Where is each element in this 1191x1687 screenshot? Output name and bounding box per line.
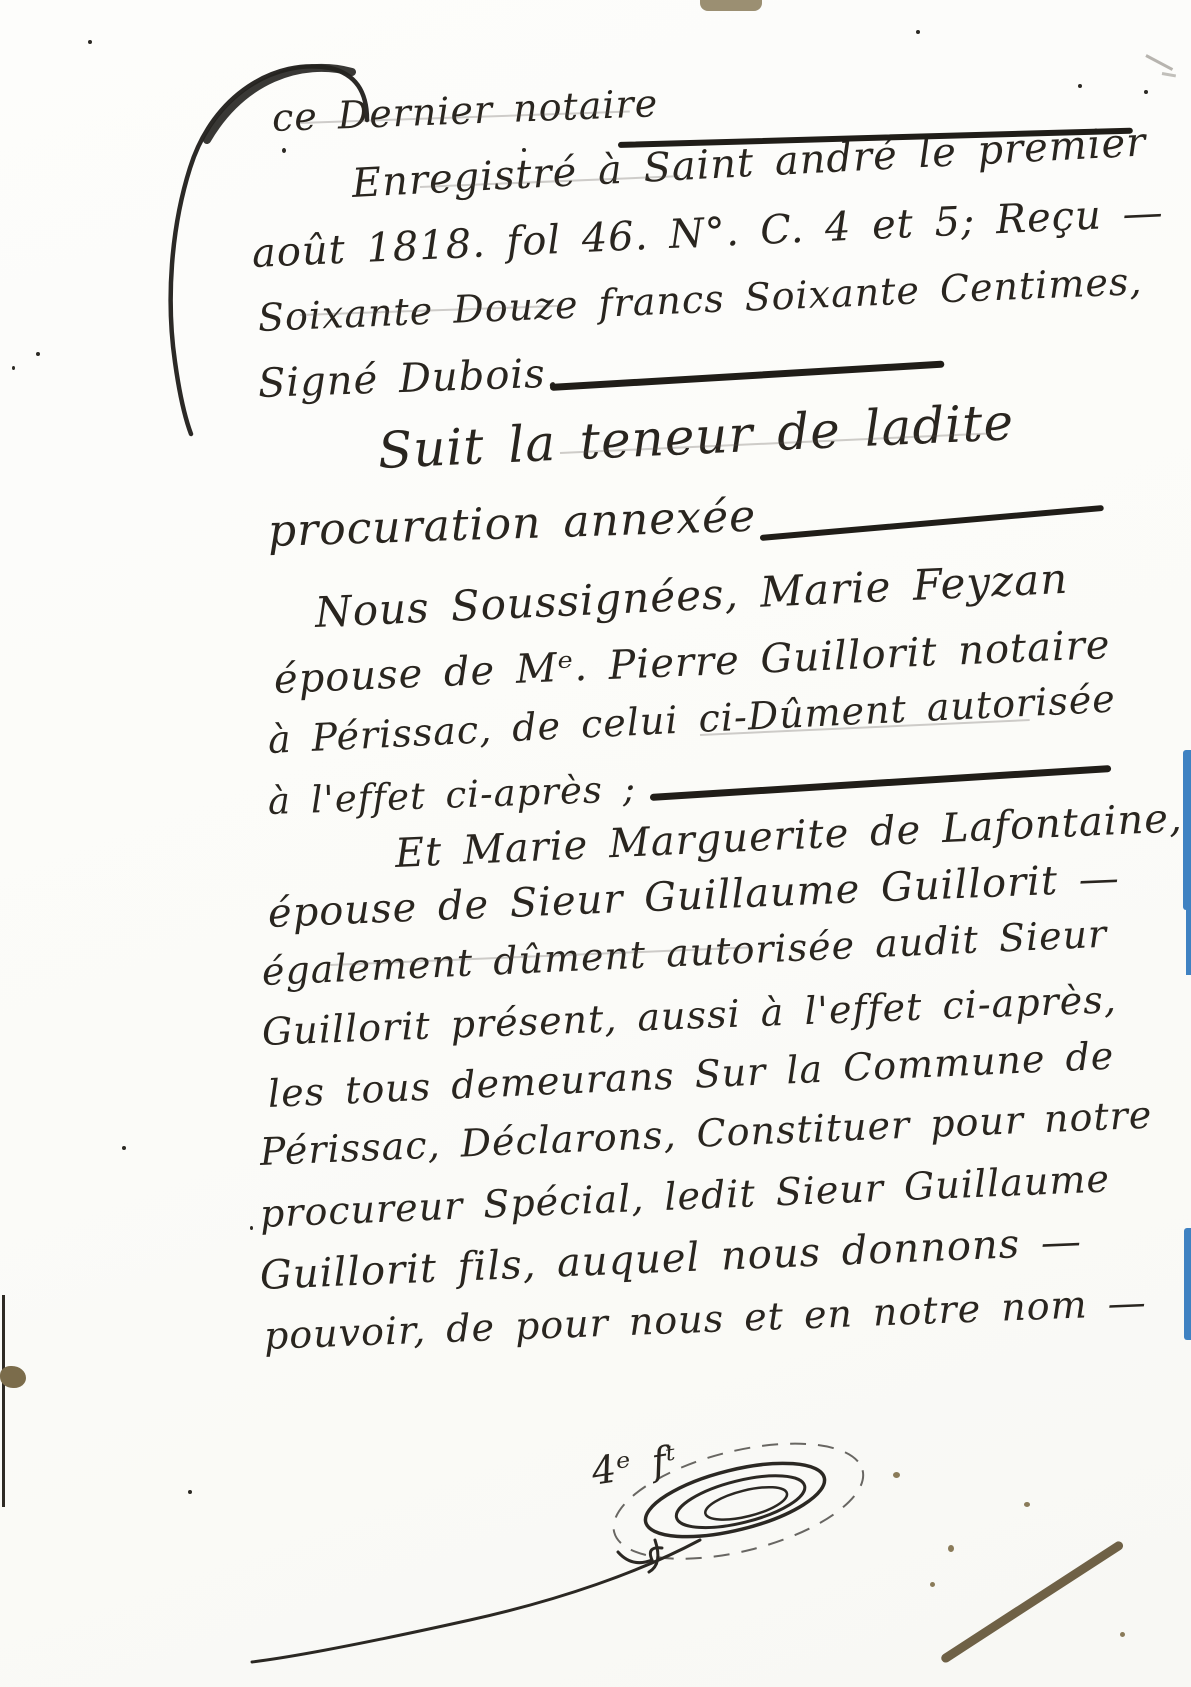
- ink-speck: [916, 30, 920, 34]
- binding-stain: [0, 1366, 26, 1388]
- ink-speck: [188, 1490, 192, 1494]
- ink-speck: [250, 1226, 253, 1230]
- fill-rule: [650, 765, 1112, 801]
- ink-speck: [1144, 90, 1148, 94]
- manuscript-line: Signé Dubois.: [257, 351, 560, 405]
- fill-rule: [760, 505, 1104, 541]
- paraph-flourish: [252, 1422, 875, 1662]
- binding-edge-line: [2, 1295, 5, 1507]
- manuscript-line: Guillorit fils, auquel nous donnons —: [259, 1220, 1083, 1298]
- corner-mark: [1145, 54, 1173, 71]
- ink-speck: [1078, 84, 1082, 88]
- corner-mark: [1162, 72, 1176, 77]
- page-edge-blue: [1183, 750, 1191, 910]
- sheet-mark: 4ᵉ fᵗ: [589, 1439, 681, 1494]
- manuscript-line: Nous Soussignées, Marie Feyzan: [314, 556, 1069, 636]
- paper-speck: [1120, 1632, 1125, 1637]
- ink-speck: [282, 148, 286, 153]
- paper-speck: [1024, 1502, 1030, 1507]
- manuscript-line: Soixante Douze francs Soixante Centimes,: [257, 261, 1143, 340]
- page-edge-blue: [1186, 905, 1191, 975]
- manuscript-line: pouvoir, de pour nous et en notre nom —: [263, 1282, 1147, 1358]
- manuscript-line: procuration annexée: [267, 493, 757, 557]
- crease-stain: [940, 1540, 1125, 1665]
- ink-speck: [12, 366, 15, 370]
- ink-speck: [36, 352, 40, 356]
- ink-speck: [122, 1146, 126, 1150]
- paper-speck: [948, 1545, 954, 1552]
- paper-speck: [893, 1472, 900, 1478]
- ink-speck: [522, 148, 526, 152]
- top-edge-stain: [700, 0, 762, 11]
- page-edge-blue: [1184, 1228, 1191, 1340]
- document-page: ce Dernier notaire Enregistré à Saint an…: [0, 0, 1191, 1687]
- ink-speck: [88, 40, 92, 44]
- paper-speck: [930, 1582, 935, 1587]
- manuscript-line: à l'effet ci-après ;: [267, 769, 636, 823]
- fill-rule: [550, 361, 945, 391]
